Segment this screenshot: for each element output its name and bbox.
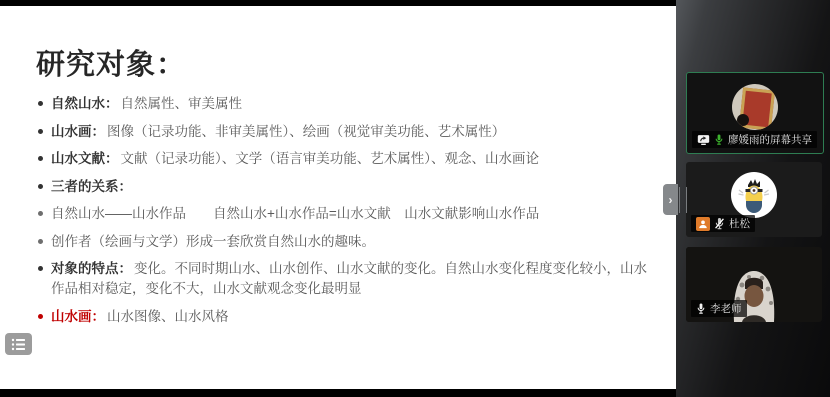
- bullet-label: 山水文献：: [51, 151, 119, 166]
- bullet-dot: [38, 266, 43, 271]
- mic-on-icon: [696, 302, 706, 315]
- avatar: [731, 172, 777, 218]
- bullet-label: 山水画：: [51, 124, 105, 139]
- bullet-text: 自然山水——山水作品 自然山水+山水作品=山水文献 山水文献影响山水作品: [51, 206, 539, 221]
- bullet-item: 自然山水——山水作品 自然山水+山水作品=山水文献 山水文献影响山水作品: [37, 204, 649, 224]
- sidebar-resize-grip[interactable]: [679, 187, 687, 213]
- bullet-item: 山水画：山水图像、山水风格: [37, 307, 649, 327]
- participant-name-tag: 廖媛雨的屏幕共享: [692, 131, 817, 148]
- bullet-text: 变化。不同时期山水、山水创作、山水文献的变化。自然山水变化程度变化较小，山水作品…: [51, 261, 647, 296]
- bullet-text: 创作者（绘画与文学）形成一套欣赏自然山水的趣味。: [51, 234, 375, 249]
- bullet-item: 山水画：图像（记录功能、非审美属性）、绘画（视觉审美功能、艺术属性）: [37, 122, 649, 142]
- bullet-dot: [38, 184, 43, 189]
- bullet-item: 山水文献：文献（记录功能）、文学（语言审美功能、艺术属性）、观念、山水画论: [37, 149, 649, 169]
- participant-name: 杜松: [729, 216, 750, 231]
- bullet-dot: [38, 211, 43, 216]
- bullet-dot: [38, 101, 43, 106]
- bullet-text: 图像（记录功能、非审美属性）、绘画（视觉审美功能、艺术属性）: [107, 124, 505, 139]
- meeting-window: 研究对象： 自然山水：自然属性、审美属性 山水画：图像（记录功能、非审美属性）、…: [0, 0, 830, 397]
- bullet-item: 自然山水：自然属性、审美属性: [37, 94, 649, 114]
- bullet-text: 自然属性、审美属性: [121, 96, 243, 111]
- sidebar-collapse-handle[interactable]: ›: [663, 184, 678, 215]
- participant-name-tag: 杜松: [691, 215, 755, 232]
- bullet-label: 山水画：: [51, 309, 105, 324]
- bullet-label: 自然山水：: [51, 96, 119, 111]
- bullet-text: 山水图像、山水风格: [107, 309, 229, 324]
- bullet-text: 文献（记录功能）、文学（语言审美功能、艺术属性）、观念、山水画论: [121, 151, 540, 166]
- avatar-head: [737, 114, 749, 126]
- bullet-dot: [38, 129, 43, 134]
- participants-sidebar: 廖媛雨的屏幕共享: [676, 0, 830, 397]
- screen-share-icon: [697, 134, 710, 146]
- bullet-dot: [38, 156, 43, 161]
- bullet-dot: [38, 314, 43, 319]
- bullet-item: 创作者（绘画与文学）形成一套欣赏自然山水的趣味。: [37, 232, 649, 252]
- participant-tile[interactable]: 杜松: [686, 162, 822, 237]
- participant-tile[interactable]: 李老师: [686, 247, 822, 322]
- member-badge-icon: [696, 217, 710, 231]
- mic-on-icon: [714, 133, 724, 146]
- list-icon: [11, 338, 27, 351]
- bullet-label: 三者的关系：: [51, 179, 132, 194]
- participant-name: 李老师: [710, 301, 742, 316]
- participant-name: 廖媛雨的屏幕共享: [728, 132, 812, 147]
- cartoon-avatar: [734, 175, 774, 215]
- chevron-right-icon: ›: [669, 193, 673, 207]
- bullet-item: 三者的关系：: [37, 177, 649, 197]
- screen-share-area: 研究对象： 自然山水：自然属性、审美属性 山水画：图像（记录功能、非审美属性）、…: [0, 6, 677, 389]
- bullet-label: 对象的特点：: [51, 261, 132, 276]
- participant-name-tag: 李老师: [691, 300, 747, 317]
- participant-tile-sharer[interactable]: 廖媛雨的屏幕共享: [686, 72, 824, 154]
- bullet-item: 对象的特点：变化。不同时期山水、山水创作、山水文献的变化。自然山水变化程度变化较…: [37, 259, 649, 299]
- slide-title: 研究对象：: [36, 42, 186, 83]
- bullet-dot: [38, 239, 43, 244]
- mic-off-icon: [714, 217, 725, 230]
- slides-outline-button[interactable]: [5, 333, 32, 355]
- bullet-list: 自然山水：自然属性、审美属性 山水画：图像（记录功能、非审美属性）、绘画（视觉审…: [37, 94, 649, 334]
- avatar: [732, 84, 778, 130]
